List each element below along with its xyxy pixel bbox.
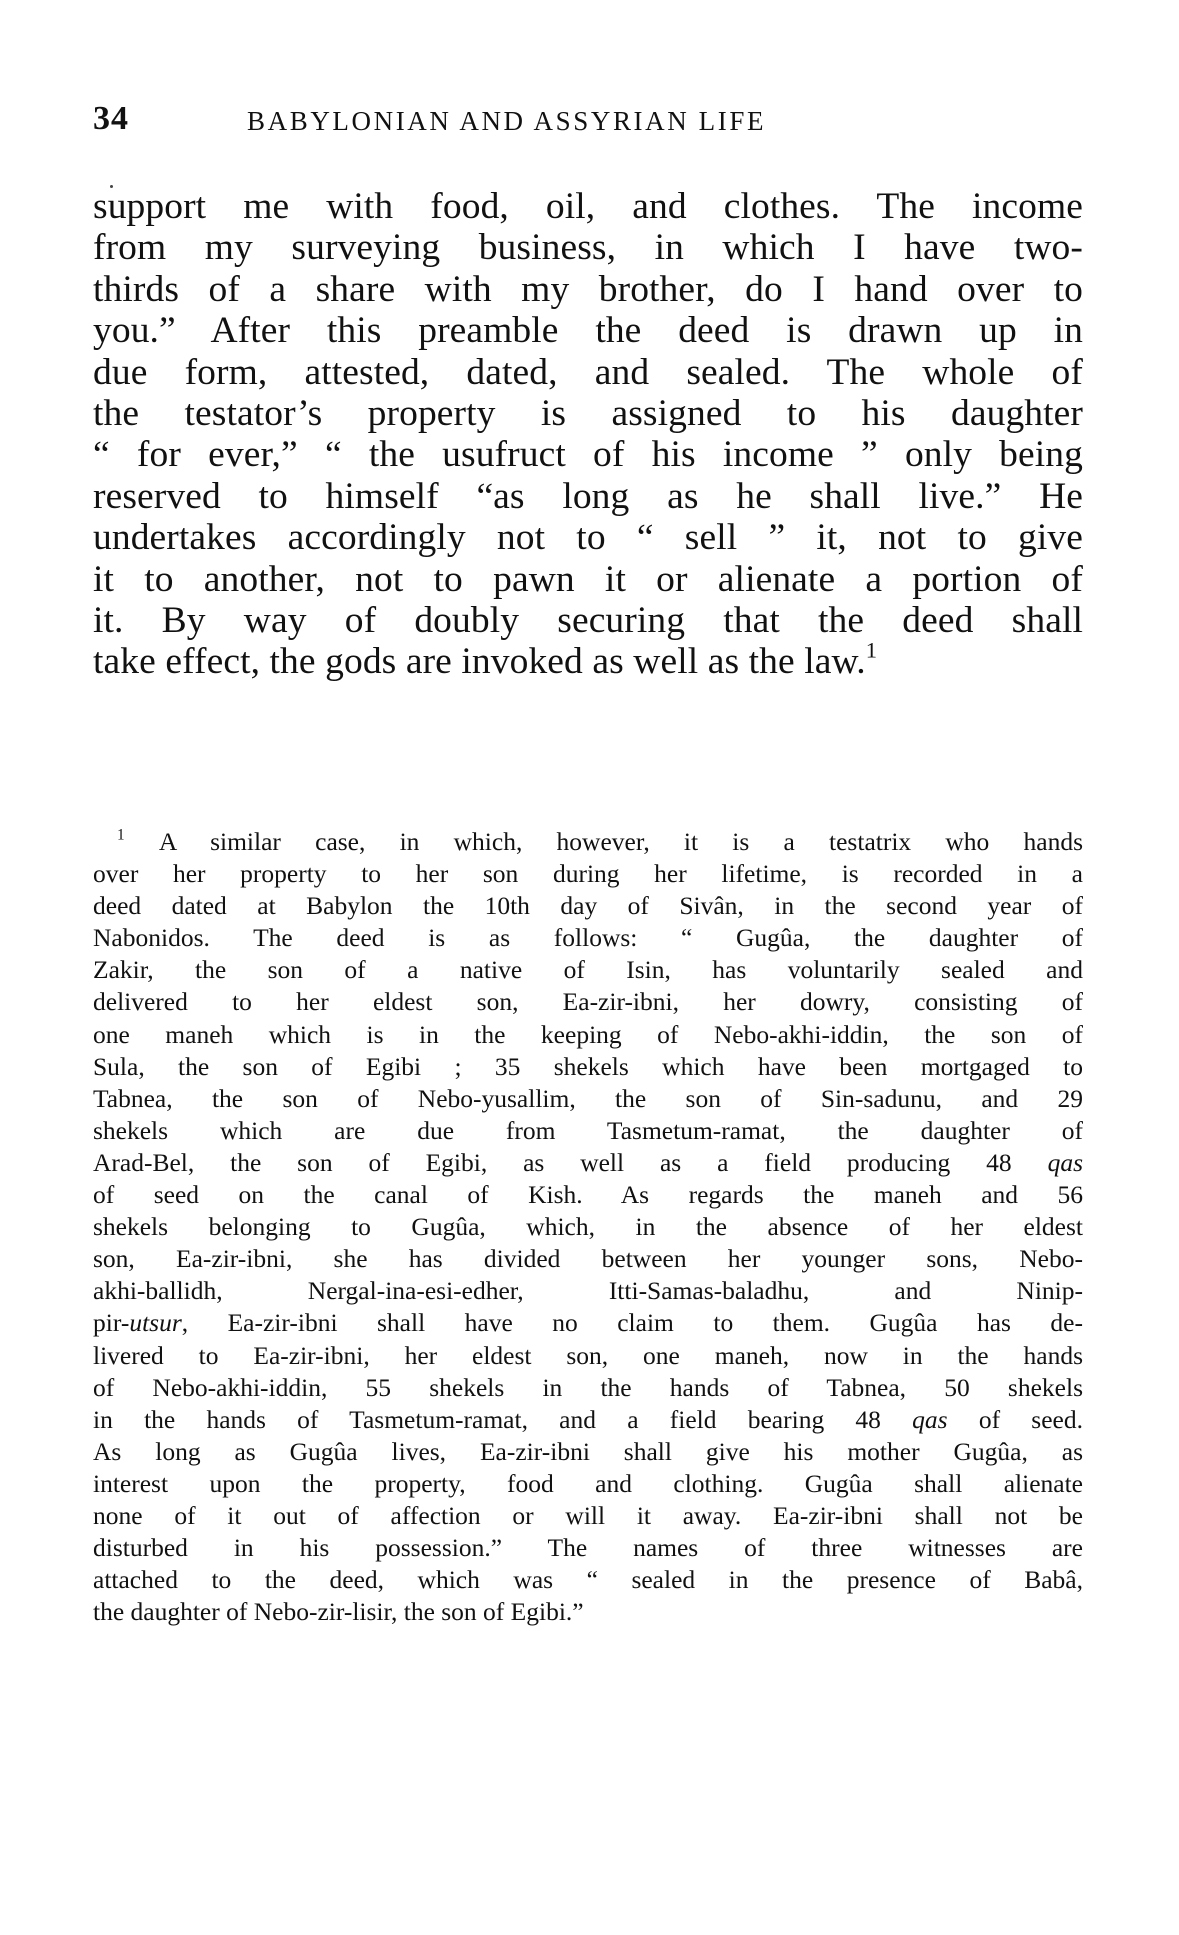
body-line: reserved to himself “as long as he shall… bbox=[93, 476, 1083, 517]
body-line: the testator’s property is assigned to h… bbox=[93, 393, 1083, 434]
italic-term: qas bbox=[912, 1405, 947, 1434]
body-line: due form, attested, dated, and sealed. T… bbox=[93, 352, 1083, 393]
footnote-text: in the hands of Tasmetum-ramat, and a fi… bbox=[93, 1405, 912, 1434]
footnote-line: son, Ea-zir-ibni, she has divided betwee… bbox=[93, 1243, 1083, 1275]
footnote-line: deed dated at Babylon the 10th day of Si… bbox=[93, 890, 1083, 922]
footnote-line: none of it out of affection or will it a… bbox=[93, 1500, 1083, 1532]
body-line: thirds of a share with my brother, do I … bbox=[93, 269, 1083, 310]
footnote-line-first: 1 A similar case, in which, however, it … bbox=[93, 826, 1083, 858]
footnote-line: over her property to her son during her … bbox=[93, 858, 1083, 890]
footnote-line-last: the daughter of Nebo-zir-lisir, the son … bbox=[93, 1596, 1083, 1628]
footnote-line: one maneh which is in the keeping of Neb… bbox=[93, 1019, 1083, 1051]
body-line: you.” After this preamble the deed is dr… bbox=[93, 310, 1083, 351]
italic-term: utsur bbox=[129, 1308, 181, 1337]
footnote-line: in the hands of Tasmetum-ramat, and a fi… bbox=[93, 1404, 1083, 1436]
footnote-text: Arad-Bel, the son of Egibi, as well as a… bbox=[93, 1148, 1048, 1177]
footnote-line: Zakir, the son of a native of Isin, has … bbox=[93, 954, 1083, 986]
footnote: 1 A similar case, in which, however, it … bbox=[93, 826, 1083, 1628]
italic-term: qas bbox=[1048, 1148, 1083, 1177]
footnote-line: of Nebo-akhi-iddin, 55 shekels in the ha… bbox=[93, 1372, 1083, 1404]
footnote-line: Tabnea, the son of Nebo-yusallim, the so… bbox=[93, 1083, 1083, 1115]
footnote-reference[interactable]: 1 bbox=[866, 638, 877, 663]
main-paragraph: support me with food, oil, and clothes. … bbox=[93, 186, 1083, 683]
running-head: 34 BABYLONIAN AND ASSYRIAN LIFE bbox=[93, 100, 1083, 140]
running-title: BABYLONIAN AND ASSYRIAN LIFE bbox=[247, 106, 766, 137]
footnote-text: of seed. bbox=[948, 1405, 1083, 1434]
body-line: support me with food, oil, and clothes. … bbox=[93, 186, 1083, 227]
footnote-line: shekels which are due from Tasmetum-rama… bbox=[93, 1115, 1083, 1147]
footnote-line: shekels belonging to Gugûa, which, in th… bbox=[93, 1211, 1083, 1243]
body-line-text: take effect, the gods are invoked as wel… bbox=[93, 641, 866, 682]
body-line-last: take effect, the gods are invoked as wel… bbox=[93, 641, 1083, 682]
body-line: it to another, not to pawn it or alienat… bbox=[93, 559, 1083, 600]
footnote-line: disturbed in his possession.” The names … bbox=[93, 1532, 1083, 1564]
footnote-line: akhi-ballidh, Nergal-ina-esi-edher, Itti… bbox=[93, 1275, 1083, 1307]
page-number: 34 bbox=[93, 100, 129, 138]
footnote-line: Nabonidos. The deed is as follows: “ Gug… bbox=[93, 922, 1083, 954]
footnote-text: , Ea-zir-ibni shall have no claim to the… bbox=[182, 1308, 1083, 1337]
footnote-line: As long as Gugûa lives, Ea-zir-ibni shal… bbox=[93, 1436, 1083, 1468]
footnote-line: Sula, the son of Egibi ; 35 shekels whic… bbox=[93, 1051, 1083, 1083]
footnote-line: of seed on the canal of Kish. As regards… bbox=[93, 1179, 1083, 1211]
footnote-text: pir- bbox=[93, 1308, 129, 1337]
body-line: undertakes accordingly not to “ sell ” i… bbox=[93, 517, 1083, 558]
body-line: from my surveying business, in which I h… bbox=[93, 227, 1083, 268]
body-line: “ for ever,” “ the usufruct of his incom… bbox=[93, 434, 1083, 475]
footnote-marker: 1 bbox=[117, 826, 125, 843]
footnote-text: A similar case, in which, however, it is… bbox=[159, 827, 1083, 856]
footnote-line: attached to the deed, which was “ sealed… bbox=[93, 1564, 1083, 1596]
footnote-line: pir-utsur, Ea-zir-ibni shall have no cla… bbox=[93, 1307, 1083, 1339]
footnote-line: interest upon the property, food and clo… bbox=[93, 1468, 1083, 1500]
footnote-line: Arad-Bel, the son of Egibi, as well as a… bbox=[93, 1147, 1083, 1179]
footnote-line: livered to Ea-zir-ibni, her eldest son, … bbox=[93, 1340, 1083, 1372]
footnote-line: delivered to her eldest son, Ea-zir-ibni… bbox=[93, 986, 1083, 1018]
body-line: it. By way of doubly securing that the d… bbox=[93, 600, 1083, 641]
